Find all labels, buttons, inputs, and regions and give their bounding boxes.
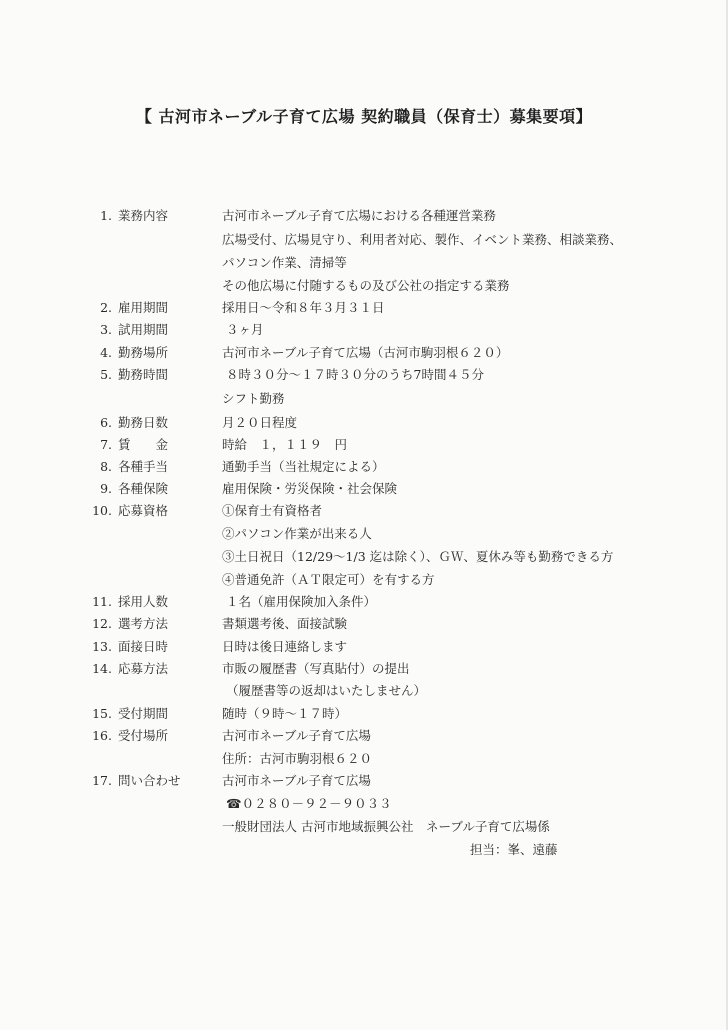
item-number: 16.	[86, 726, 118, 746]
item-value: 月２０日程度	[222, 413, 297, 433]
item-value: シフト勤務	[222, 389, 285, 409]
item-value: ①保育士有資格者	[222, 501, 322, 521]
phone-number: ☎０２８０－９２－９０３３	[226, 794, 392, 814]
item-label: 面接日時	[118, 637, 168, 657]
item-value: 古河市ネーブル子育て広場における各種運営業務	[222, 206, 496, 226]
item-label: 問い合わせ	[118, 771, 181, 791]
item-value: 住所：古河市駒羽根６２０	[222, 749, 372, 769]
item-value: 広場受付、広場見守り、利用者対応、製作、イベント業務、相談業務、	[222, 230, 622, 250]
item-label: 勤務時間	[118, 365, 168, 385]
item-value: 採用日～令和８年３月３１日	[222, 298, 385, 318]
item-number: 6.	[86, 413, 118, 433]
item-number: 5.	[86, 365, 118, 385]
item-number: 17.	[86, 771, 118, 791]
item-value: 古河市ネーブル子育て広場	[222, 771, 371, 791]
item-label: 勤務日数	[118, 413, 168, 433]
item-value: 古河市ネーブル子育て広場（古河市駒羽根６２０）	[222, 343, 508, 363]
item-value: ８時３０分～１７時３０分のうち7時間４５分	[226, 365, 484, 385]
item-value: 古河市ネーブル子育て広場	[222, 726, 371, 746]
organization-name: 一般財団法人 古河市地域振興公社 ネーブル子育て広場係	[222, 817, 550, 837]
item-number: 14.	[86, 659, 118, 679]
item-value: １名（雇用保険加入条件）	[226, 592, 376, 612]
item-value: 日時は後日連絡します	[222, 637, 347, 657]
item-number: 3.	[86, 320, 118, 340]
item-label: 受付場所	[118, 726, 168, 746]
item-number: 10.	[86, 501, 118, 521]
item-label: 各種手当	[118, 457, 168, 477]
item-number: 7.	[86, 435, 118, 455]
item-label: 応募方法	[118, 659, 168, 679]
item-value: 市販の履歴書（写真貼付）の提出	[222, 659, 410, 679]
item-label: 勤務場所	[118, 343, 168, 363]
item-label: 選考方法	[118, 614, 168, 634]
item-value: ③土日祝日（12/29～1/3 迄は除く）、ＧＷ、夏休み等も勤務できる方	[222, 547, 613, 567]
item-value: 時給 １，１１９ 円	[222, 435, 347, 455]
item-value: 随時（９時～１７時）	[222, 704, 347, 724]
item-number: 4.	[86, 343, 118, 363]
item-number: 2.	[86, 298, 118, 318]
item-value: ④普通免許（ＡＴ限定可）を有する方	[222, 570, 435, 590]
item-value: 雇用保険・労災保険・社会保険	[222, 479, 397, 499]
item-label: 賃 金	[118, 435, 168, 455]
item-number: 15.	[86, 704, 118, 724]
item-number: 8.	[86, 457, 118, 477]
item-value: 書類選考後、面接試験	[222, 614, 347, 634]
item-label: 業務内容	[118, 206, 168, 226]
item-value: ②パソコン作業が出来る人	[222, 524, 372, 544]
item-label: 採用人数	[118, 592, 168, 612]
item-number: 9.	[86, 479, 118, 499]
item-number: 12.	[86, 614, 118, 634]
contact-person: 担当：峯、遠藤	[470, 840, 558, 860]
document-title: 【 古河市ネーブル子育て広場 契約職員（保育士）募集要項】	[0, 104, 728, 127]
item-label: 雇用期間	[118, 298, 168, 318]
item-number: 13.	[86, 637, 118, 657]
item-number: 1.	[86, 206, 118, 226]
item-label: 各種保険	[118, 479, 168, 499]
document-page: 【 古河市ネーブル子育て広場 契約職員（保育士）募集要項】 1. 業務内容 古河…	[0, 0, 728, 1030]
item-label: 応募資格	[118, 501, 168, 521]
item-number: 11.	[86, 592, 118, 612]
item-value: その他広場に付随するもの及び公社の指定する業務	[222, 276, 510, 296]
item-value: 通勤手当（当社規定による）	[222, 457, 385, 477]
item-label: 受付期間	[118, 704, 168, 724]
item-value: ３ヶ月	[226, 320, 264, 340]
item-value: パソコン作業、清掃等	[222, 253, 347, 273]
item-label: 試用期間	[118, 320, 168, 340]
item-value: （履歴書等の返却はいたしません）	[226, 681, 426, 701]
